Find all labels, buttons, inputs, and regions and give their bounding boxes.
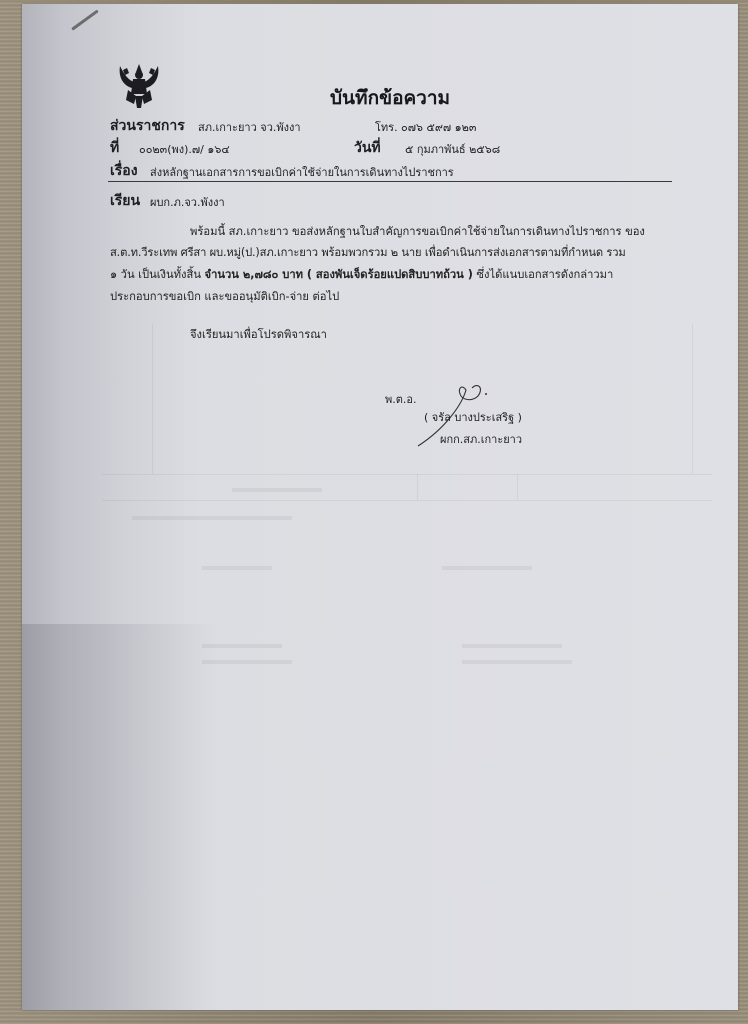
ref-number: ๐๐๒๓(พง).๗/ ๑๖๔ — [139, 140, 230, 158]
subject-value: ส่งหลักฐานเอกสารการขอเบิกค่าใช้จ่ายในการ… — [150, 163, 454, 181]
show-through-line — [102, 500, 712, 501]
show-through-text — [202, 644, 282, 648]
agency-value: สภ.เกาะยาว จว.พังงา — [198, 118, 301, 136]
garuda-emblem-icon — [114, 60, 164, 110]
to-label: เรียน — [110, 190, 140, 212]
body-line-3: ๑ วัน เป็นเงินทั้งสิ้น จำนวน ๒,๗๘๐ บาท (… — [110, 265, 613, 283]
memo-title: บันทึกข้อความ — [330, 83, 450, 113]
date-label: วันที่ — [354, 137, 381, 159]
body-line-1: พร้อมนี้ สภ.เกาะยาว ขอส่งหลักฐานใบสำคัญก… — [190, 222, 645, 240]
show-through-text — [462, 660, 572, 664]
show-through-text — [462, 644, 562, 648]
show-through-text — [232, 488, 322, 492]
show-through-text — [202, 660, 292, 664]
header-divider — [108, 181, 672, 182]
amount-text: จำนวน ๒,๗๘๐ บาท ( สองพันเจ็ดร้อยแปดสิบบา… — [205, 268, 473, 281]
body-line-4: ประกอบการขอเบิก และขออนุมัติเบิก-จ่าย ต่… — [110, 287, 339, 305]
show-through-line — [152, 324, 153, 474]
show-through-line — [517, 474, 518, 500]
show-through-line — [102, 474, 712, 475]
signer-position: ผกก.สภ.เกาะยาว — [440, 430, 522, 448]
date-value: ๕ กุมภาพันธ์ ๒๕๖๘ — [405, 140, 500, 158]
show-through-line — [417, 474, 418, 500]
signer-name: ( จรัล บางประเสริฐ ) — [424, 408, 522, 426]
show-through-line — [692, 324, 693, 474]
subject-label: เรื่อง — [110, 160, 138, 182]
body-line-3-post: ซึ่งได้แนบเอกสารดังกล่าวมา — [476, 268, 613, 281]
agency-label: ส่วนราชการ — [110, 115, 185, 137]
closing-line: จึงเรียนมาเพื่อโปรดพิจารณา — [190, 325, 327, 343]
ref-label: ที่ — [110, 137, 119, 159]
body-line-3-pre: ๑ วัน เป็นเงินทั้งสิ้น — [110, 268, 201, 281]
phone-number: โทร. ๐๗๖ ๕๙๗ ๑๒๓ — [375, 118, 476, 136]
body-line-2: ส.ต.ท.วีระเทพ ศรีสา ผบ.หมู่(ป.)สภ.เกาะยา… — [110, 243, 626, 261]
to-value: ผบก.ภ.จว.พังงา — [150, 193, 225, 211]
pen-mark — [71, 9, 99, 30]
show-through-text — [202, 566, 272, 570]
show-through-text — [442, 566, 532, 570]
show-through-text — [132, 516, 292, 520]
